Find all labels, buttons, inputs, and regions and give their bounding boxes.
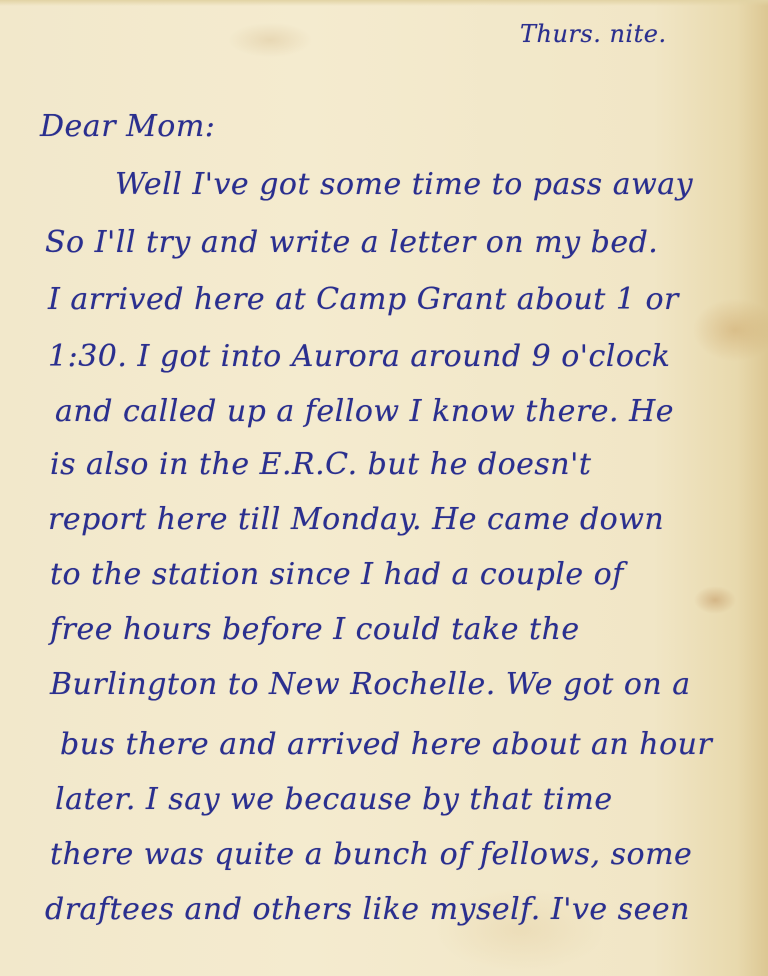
letter-line-12: later. I say we because by that time bbox=[55, 785, 613, 815]
letter-line-2: So I'll try and write a letter on my bed… bbox=[45, 228, 658, 258]
letter-page: Thurs. nite. Dear Mom: Well I've got som… bbox=[0, 0, 768, 976]
letter-line-6: is also in the E.R.C. but he doesn't bbox=[50, 450, 591, 480]
letter-line-3: I arrived here at Camp Grant about 1 or bbox=[48, 285, 679, 315]
date-line: Thurs. nite. bbox=[520, 22, 667, 46]
paper-edge bbox=[0, 0, 768, 6]
letter-line-14: draftees and others like myself. I've se… bbox=[45, 895, 690, 925]
letter-line-11: bus there and arrived here about an hour bbox=[60, 730, 712, 760]
letter-line-13: there was quite a bunch of fellows, some bbox=[50, 840, 692, 870]
letter-line-9: free hours before I could take the bbox=[50, 615, 580, 645]
letter-line-4: 1:30. I got into Aurora around 9 o'clock bbox=[48, 342, 670, 372]
salutation: Dear Mom: bbox=[40, 112, 215, 142]
letter-line-10: Burlington to New Rochelle. We got on a bbox=[50, 670, 691, 700]
letter-line-8: to the station since I had a couple of bbox=[50, 560, 624, 590]
letter-line-5: and called up a fellow I know there. He bbox=[55, 397, 674, 427]
letter-line-7: report here till Monday. He came down bbox=[48, 505, 664, 535]
letter-line-1: Well I've got some time to pass away bbox=[115, 170, 693, 200]
